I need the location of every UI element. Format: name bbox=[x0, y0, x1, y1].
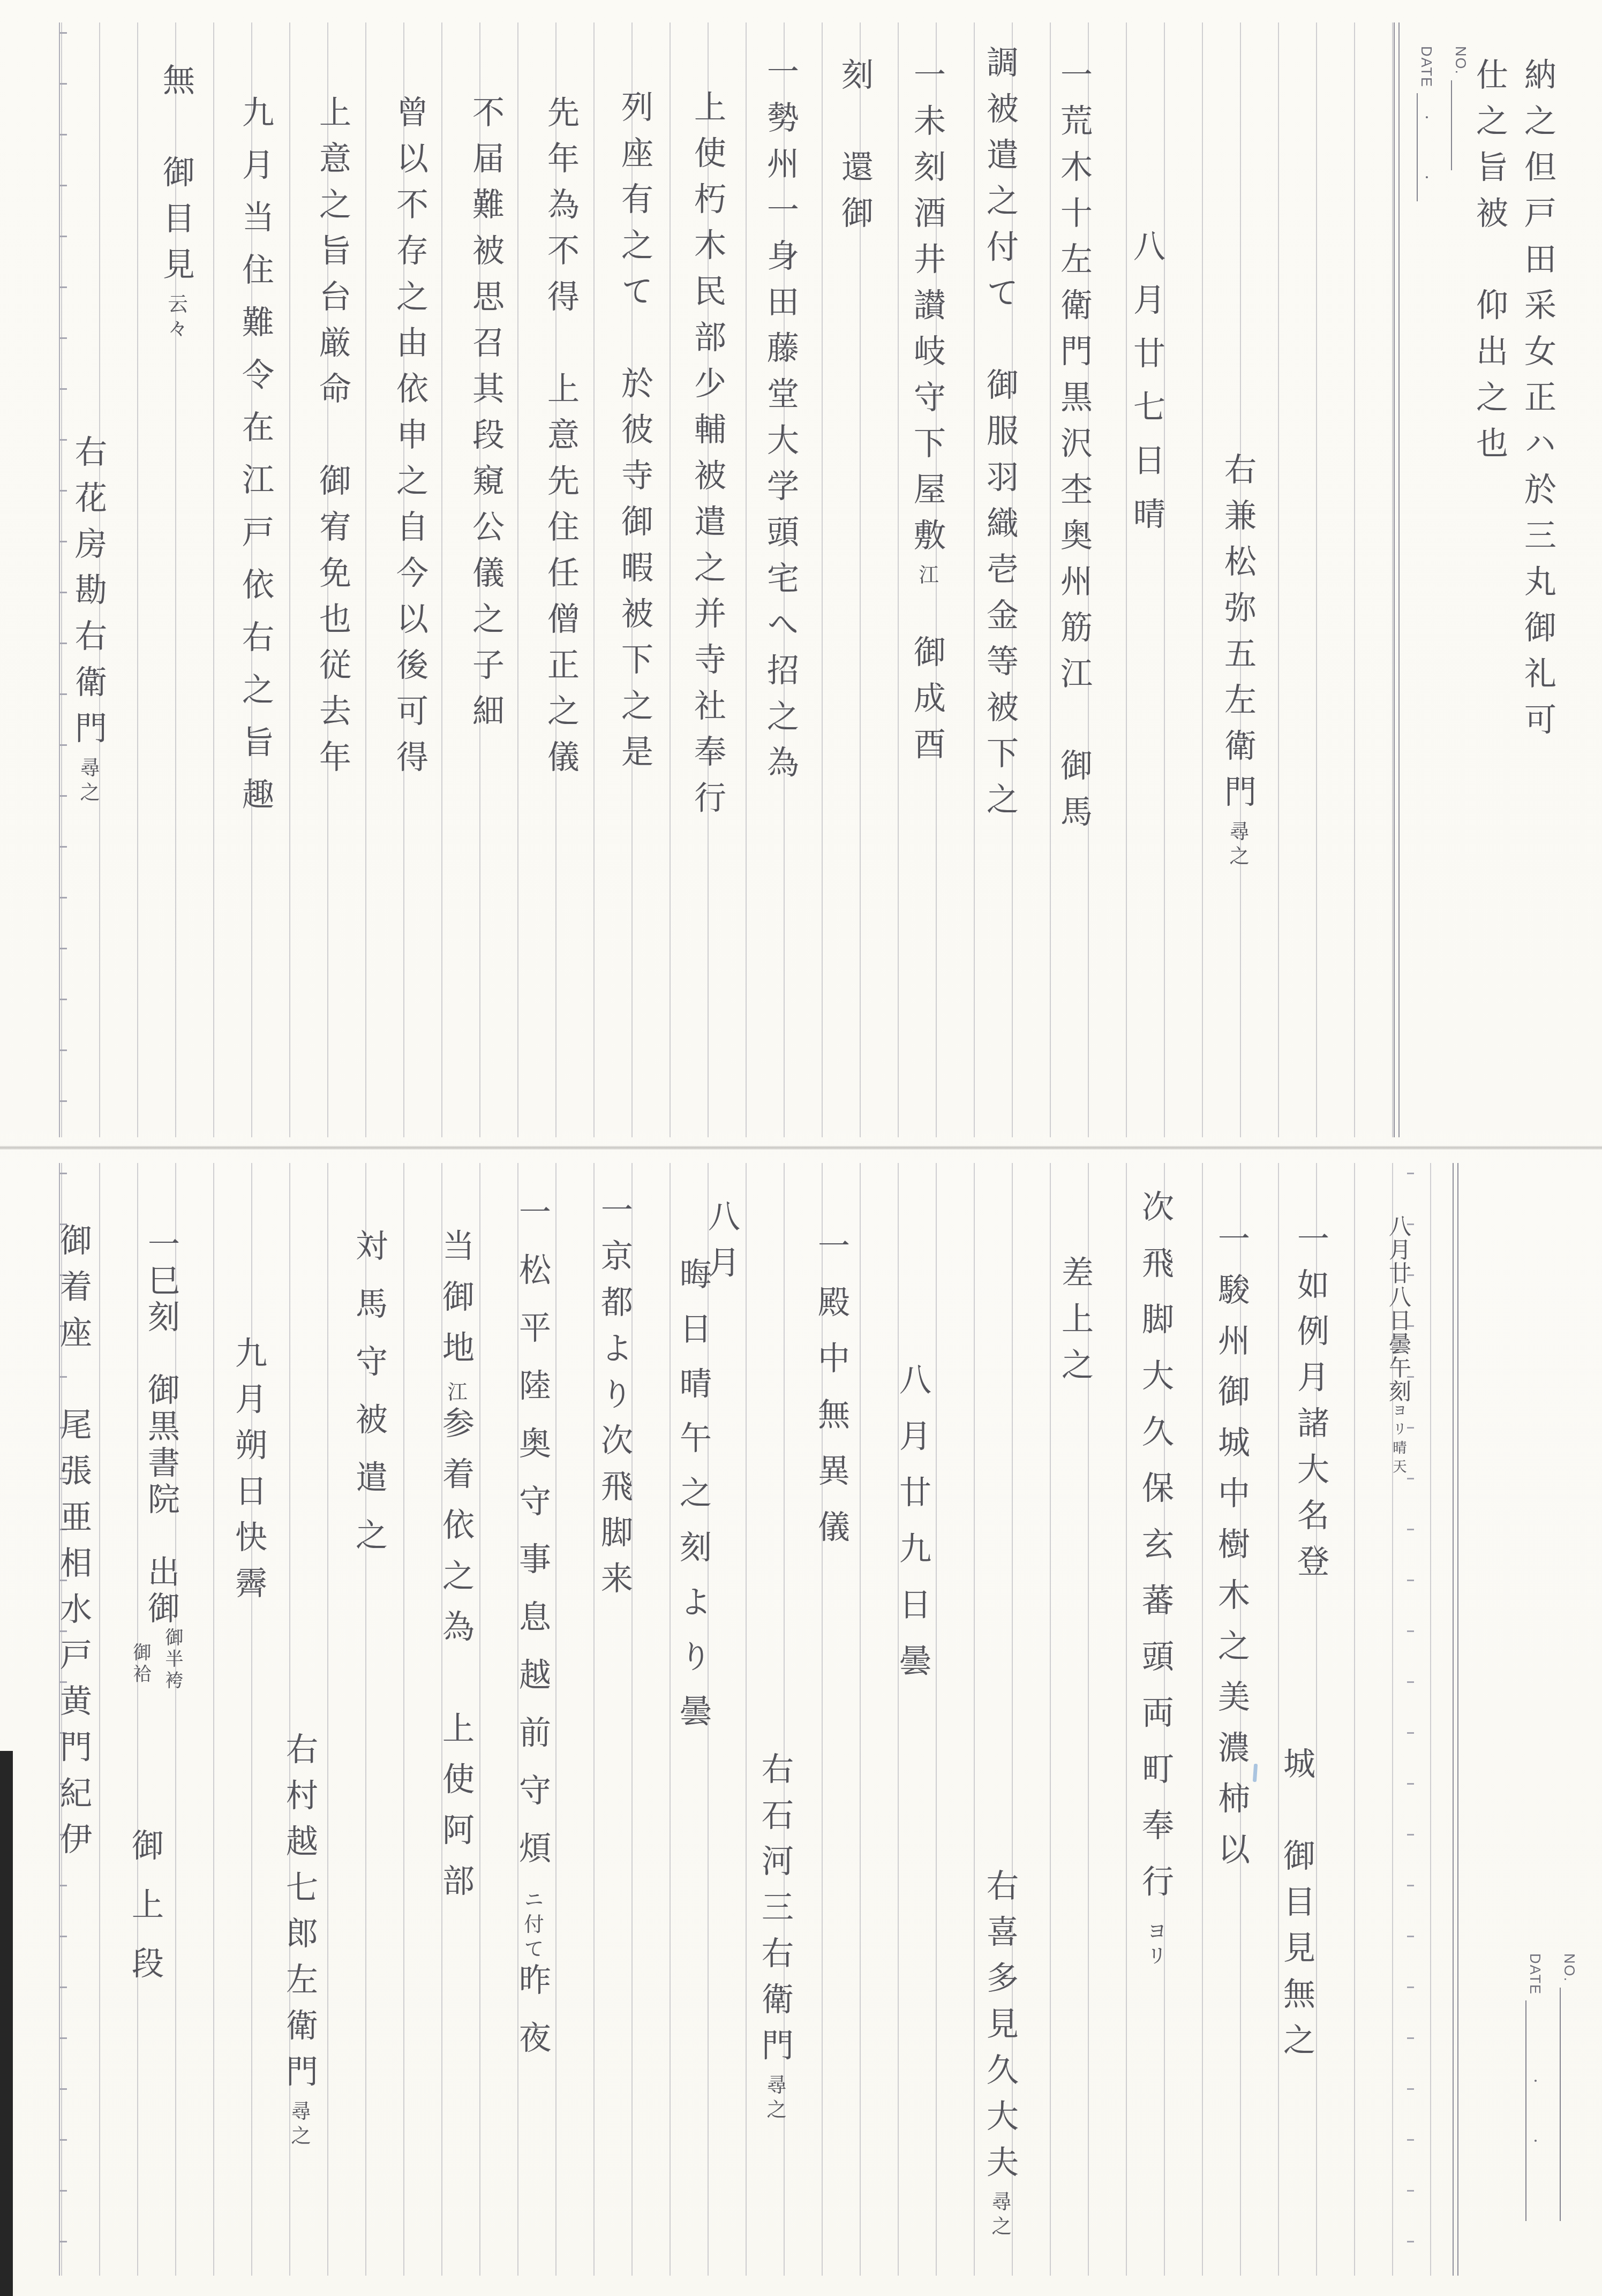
handwritten-column: 一駿州御城中樹木之美濃柿以 bbox=[1214, 1222, 1248, 1883]
handwritten-column: 右喜多見久大夫尋之 bbox=[983, 1869, 1017, 2240]
handwritten-column: 一巳刻 御黒書院 出御 bbox=[144, 1227, 178, 1628]
handwritten-column: 御上段 bbox=[128, 1829, 162, 2005]
handwritten-text-run: 右村越七郎左衛門 bbox=[281, 1732, 318, 2101]
handwritten-text-run: 江 bbox=[444, 1381, 468, 1406]
handwritten-column: 差上之 bbox=[1058, 1256, 1092, 1394]
handwritten-text-run: 尋之 bbox=[288, 2101, 311, 2150]
handwritten-text-run: 御半袴 bbox=[162, 1628, 183, 1692]
handwritten-text-run: 城 御目見無之 bbox=[1278, 1747, 1315, 2069]
handwritten-column: 晦日晴午之刻より曇 bbox=[676, 1257, 710, 1749]
handwritten-column: 八月廿九日曇 bbox=[896, 1363, 929, 1700]
handwritten-text-run: 右石河三右衛門 bbox=[756, 1752, 794, 2074]
handwritten-text-run: 御上段 bbox=[126, 1829, 164, 2005]
handwritten-text-run: 尋之 bbox=[988, 2191, 1012, 2240]
handwritten-column: 御袷 bbox=[130, 1643, 149, 1686]
handwritten-text-run: 一殿中無異儀 bbox=[813, 1229, 850, 1566]
handwritten-column: 城 御目見無之 bbox=[1280, 1747, 1313, 2069]
handwritten-column: 一松平陸奥守事息越前守煩ニ付て昨夜 bbox=[515, 1195, 549, 2079]
handwritten-column: 一殿中無異儀 bbox=[814, 1229, 848, 1566]
handwritten-column: 御半袴 bbox=[162, 1628, 182, 1692]
handwritten-text-run: 右喜多見久大夫 bbox=[981, 1869, 1019, 2191]
handwritten-text-run: 尋之 bbox=[763, 2074, 787, 2124]
handwritten-text-run: 差上之 bbox=[1056, 1256, 1094, 1394]
handwritten-column: 当御地江参着依之為 上使阿部 bbox=[439, 1229, 472, 1915]
handwritten-column: 一京都より次飛脚来 bbox=[597, 1193, 631, 1607]
handwritten-text-run: 次飛脚大久保玄蕃頭両町奉行 bbox=[1137, 1190, 1174, 1921]
handwritten-text-run: 九月朔日快霽 bbox=[230, 1336, 267, 1612]
handwritten-text-run: 参着依之為 上使阿部 bbox=[437, 1406, 475, 1915]
handwritten-column: 右石河三右衛門尋之 bbox=[758, 1752, 792, 2124]
handwritten-text-run: 一松平陸奥守事息越前守煩 bbox=[514, 1195, 551, 1889]
handwritten-column: 八月廿八日曇午刻ヨリ晴天 bbox=[1387, 1214, 1410, 1478]
handwritten-text-run: 御袷 bbox=[130, 1643, 151, 1686]
handwritten-text-run: ニ付て bbox=[521, 1889, 544, 1963]
handwritten-text-run: 一駿州御城中樹木之美濃柿以 bbox=[1213, 1222, 1250, 1883]
handwritten-text-run: ヨリ bbox=[1144, 1921, 1167, 1970]
handwritten-text-run: 一如例月諸大名登 bbox=[1292, 1222, 1329, 1590]
handwritten-text-run: 御着座 尾張亜相水戸黄門紀伊 bbox=[55, 1223, 92, 1868]
handwritten-column: 一如例月諸大名登 bbox=[1293, 1222, 1327, 1590]
handwritten-text-run: 一巳刻 御黒書院 出御 bbox=[142, 1227, 180, 1628]
handwritten-text-run: 昨夜 bbox=[514, 1963, 551, 2079]
handwritten-text-run: ヨリ晴天 bbox=[1390, 1403, 1407, 1478]
handwritten-text-run: 当御地 bbox=[437, 1229, 475, 1381]
handwritten-text-run: 八月廿九日曇 bbox=[894, 1363, 931, 1700]
handwriting-layer-page2: 八月廿八日曇午刻ヨリ晴天一如例月諸大名登城 御目見無之一駿州御城中樹木之美濃柿以… bbox=[0, 0, 1602, 2296]
handwritten-text-run: 八月廿八日曇午刻 bbox=[1386, 1214, 1412, 1403]
handwritten-column: 右村越七郎左衛門尋之 bbox=[282, 1732, 316, 2150]
handwritten-text-run: 晦日晴午之刻より曇 bbox=[674, 1257, 712, 1749]
handwritten-column: 御着座 尾張亜相水戸黄門紀伊 bbox=[56, 1223, 90, 1868]
handwritten-column: 次飛脚大久保玄蕃頭両町奉行ヨリ bbox=[1138, 1190, 1172, 1970]
handwritten-text-run: 対馬守被遣之 bbox=[350, 1229, 388, 1576]
handwritten-column: 対馬守被遣之 bbox=[352, 1229, 386, 1576]
handwritten-text-run: 一京都より次飛脚来 bbox=[596, 1193, 633, 1607]
handwritten-column: 九月朔日快霽 bbox=[231, 1336, 265, 1612]
